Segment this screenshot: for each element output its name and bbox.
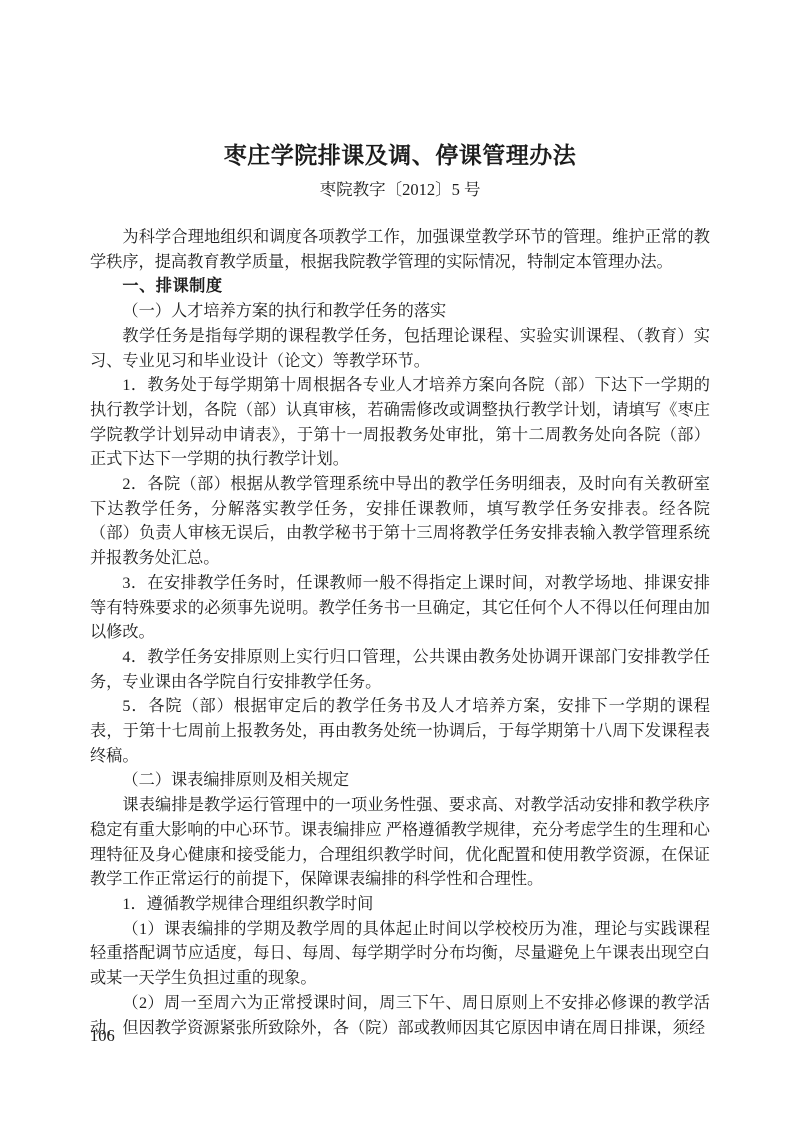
document-number: 枣院教字〔2012〕5 号: [90, 180, 710, 200]
item-4-paragraph: 4．教学任务安排原则上实行归口管理，公共课由教务处协调开课部门安排教学任务，专业…: [90, 645, 710, 694]
page-number: 106: [90, 1025, 115, 1047]
document-page: 枣庄学院排课及调、停课管理办法 枣院教字〔2012〕5 号 为科学合理地组织和调…: [0, 0, 795, 1124]
subsection-1-2-intro: 课表编排是教学运行管理中的一项业务性强、要求高、对教学活动安排和教学秩序稳定有重…: [90, 793, 710, 892]
document-body: 为科学合理地组织和调度各项教学工作，加强课堂教学环节的管理。维护正常的教学秩序，…: [90, 225, 710, 1040]
item-1-paragraph: 1．教务处于每学期第十周根据各专业人才培养方案向各院（部）下达下一学期的执行教学…: [90, 373, 710, 472]
subsection-1-1-intro: 教学任务是指每学期的课程教学任务，包括理论课程、实验实训课程、（教育）实习、专业…: [90, 324, 710, 373]
clause-2-paragraph: （2）周一至周六为正常授课时间，周三下午、周日原则上不安排必修课的教学活动，但因…: [90, 991, 710, 1040]
clause-1-paragraph: （1）课表编排的学期及教学周的具体起止时间以学校校历为准，理论与实践课程轻重搭配…: [90, 917, 710, 991]
subsection-1-1-heading: （一）人才培养方案的执行和教学任务的落实: [90, 299, 710, 324]
document-content: 枣庄学院排课及调、停课管理办法 枣院教字〔2012〕5 号 为科学合理地组织和调…: [90, 0, 710, 1040]
item-2-paragraph: 2．各院（部）根据从教学管理系统中导出的教学任务明细表，及时向有关教研室下达教学…: [90, 472, 710, 571]
subsection-1-2-item-1-heading: 1．遵循教学规律合理组织教学时间: [90, 892, 710, 917]
intro-paragraph: 为科学合理地组织和调度各项教学工作，加强课堂教学环节的管理。维护正常的教学秩序，…: [90, 225, 710, 274]
document-title: 枣庄学院排课及调、停课管理办法: [90, 142, 710, 170]
item-3-paragraph: 3．在安排教学任务时，任课教师一般不得指定上课时间，对教学场地、排课安排等有特殊…: [90, 571, 710, 645]
item-5-paragraph: 5．各院（部）根据审定后的教学任务书及人才培养方案，安排下一学期的课程表，于第十…: [90, 694, 710, 768]
subsection-1-2-heading: （二）课表编排原则及相关规定: [90, 768, 710, 793]
section-1-heading: 一、排课制度: [90, 274, 710, 299]
